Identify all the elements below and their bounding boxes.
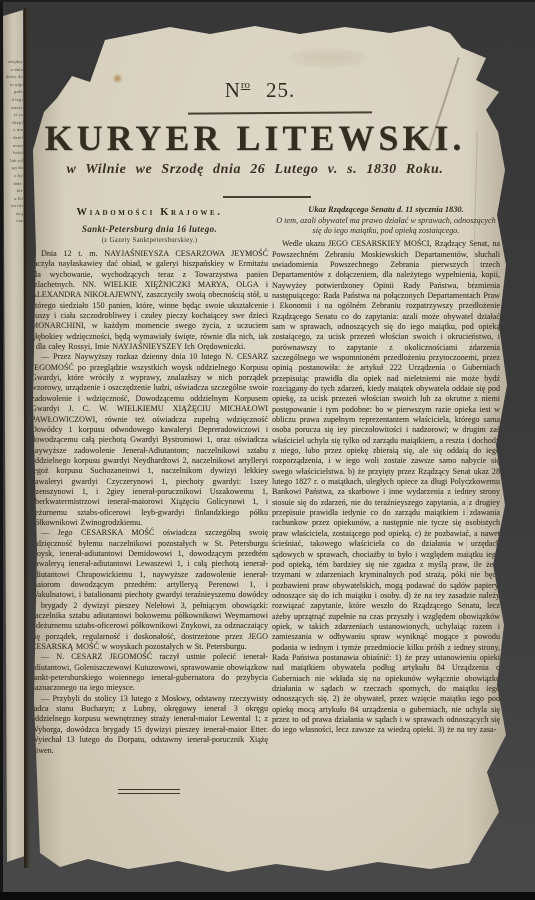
scan-top-edge — [0, 0, 535, 2]
news-paragraph: — Przez Naywyższy rozkaz dzienny dnia 10… — [31, 352, 268, 528]
masthead-dateline: w Wilnie we Srzodę dnia 26 Lutego v. s. … — [28, 162, 482, 178]
issue-superscript: ro — [241, 79, 250, 91]
section-header: Wiadomości Krajowe. — [31, 206, 268, 220]
source-note: (z Gazety Sanktpetersburskiey.) — [31, 236, 268, 245]
issue-number: 25. — [266, 78, 295, 102]
left-column: Wiadomości Krajowe. Sankt-Petersburg dni… — [31, 206, 268, 792]
ukaz-subheading: O tem, azali obywatel ma prawo działać w… — [272, 216, 500, 236]
newspaper-title: KURYER LITEWSKI. — [28, 118, 482, 158]
binding-gap-shadow — [24, 8, 30, 868]
newspaper-page: Nro25. KURYER LITEWSKI. w Wilnie we Srzo… — [0, 0, 535, 900]
scan-left-edge — [0, 0, 3, 900]
masthead-rule-bottom — [223, 196, 311, 198]
scanned-newspaper-page: międzу a dnia dziey do ie nigt puło d le… — [0, 0, 535, 900]
ukaz-heading: Ukaz Rządzącego Senatu d. 11 stycznia 18… — [272, 205, 500, 215]
news-paragraph: — Przybyli do stolicy 13 lutego z Moskwy… — [31, 694, 268, 756]
masthead-rule-top — [188, 111, 372, 114]
scan-bottom-bar — [0, 892, 535, 900]
column-dateline: Sankt-Petersburg dnia 16 lutego. — [31, 223, 268, 235]
news-paragraph: Dnia 12 t. m. NAYJAŚNIEYSZA CESARZOWA JE… — [31, 249, 268, 352]
issue-number-line: Nro25. — [40, 78, 480, 103]
paper-stain-faint — [288, 48, 368, 68]
spine-text-fragments: międzу a dnia dziey do ie nigt puło d le… — [3, 58, 23, 298]
news-paragraph: — Jego CESARSKA MOŚĆ oświadcza szczególn… — [31, 528, 268, 652]
end-of-section-rule — [118, 789, 180, 794]
neighbor-page-strip: międzу a dnia dziey do ie nigt puło d le… — [3, 10, 25, 862]
ukaz-body-paragraph: Wedle ukazu JEGO CESARSKIEY MOŚCI, Rządz… — [272, 239, 500, 736]
news-paragraph: — N. CESARZ JEGOMOŚĆ raczył ustnie polec… — [31, 652, 268, 693]
right-column: Ukaz Rządzącego Senatu d. 11 stycznia 18… — [272, 205, 500, 763]
issue-prefix: N — [225, 78, 241, 102]
